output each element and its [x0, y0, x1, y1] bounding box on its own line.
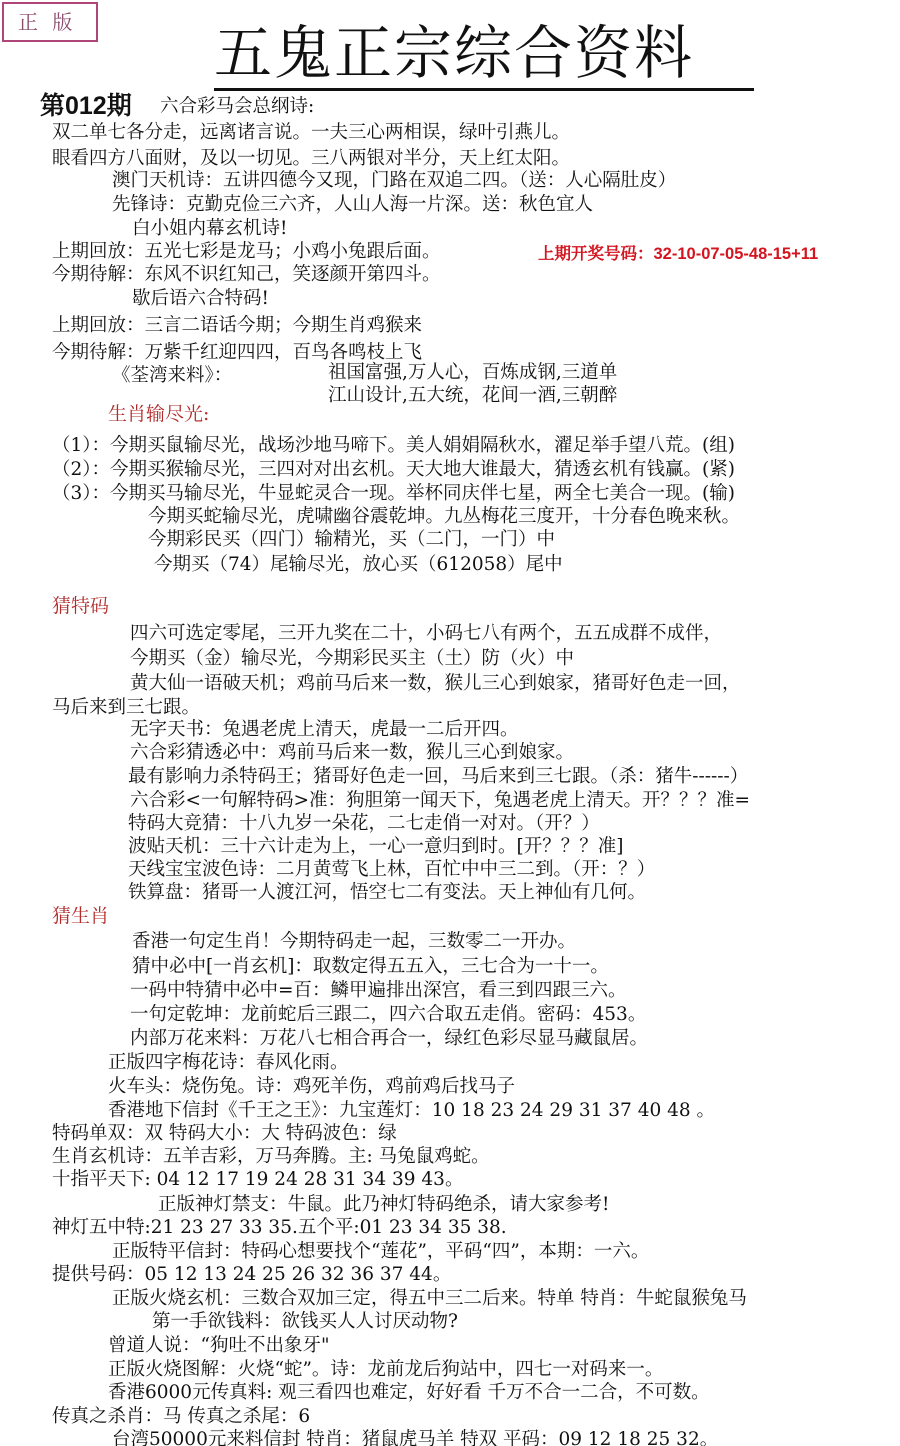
- text-line: 马后来到三七跟。: [52, 696, 200, 720]
- issue-number: 第012期: [40, 86, 132, 122]
- text-line: 香港一句定生肖！今期特码走一起，三数零二一开办。: [132, 930, 576, 954]
- authentic-stamp: 正 版: [2, 2, 98, 42]
- text-line: 黄大仙一语破天机；鸡前马后来一数，猴儿三心到娘家，猪哥好色走一回，: [130, 672, 741, 696]
- text-line: 生肖玄机诗：五羊吉彩，万马奔腾。主: 马兔鼠鸡蛇。: [52, 1145, 490, 1169]
- text-line: （2）：今期买猴输尽光，三四对对出玄机。天大地大谁最大，猜透玄机有钱赢。(紧): [52, 458, 735, 482]
- text-line: 猜中必中[一肖玄机]：取数定得五五入，三七合为一十一。: [132, 955, 609, 979]
- text-line: 先锋诗：克勤克俭三六齐，人山人海一片深。送：秋色宜人: [112, 193, 593, 217]
- text-line: 今期买（74）尾输尽光，放心买（612058）尾中: [154, 553, 563, 577]
- text-line: 今期买蛇输尽光，虎啸幽谷震乾坤。九丛梅花三度开，十分春色晚来秋。: [148, 505, 740, 529]
- text-line: 六合彩马会总纲诗:: [160, 95, 314, 119]
- text-line: 传真之杀肖：马 传真之杀尾：6: [52, 1405, 310, 1429]
- text-line: 铁算盘：猪哥一人渡江河，悟空七二有变法。天上神仙有几何。: [128, 881, 646, 905]
- text-line: 祖国富强,万人心，百炼成钢,三道单: [328, 361, 617, 385]
- text-line: 天线宝宝波色诗：二月黄莺飞上林，百忙中中三二到。（开：？）: [128, 858, 655, 882]
- text-line: 双二单七各分走，远离诸言说。一夫三心两相误，绿叶引燕儿。: [52, 121, 570, 145]
- section-heading: 猜特码: [52, 594, 109, 618]
- last-draw-numbers: 32-10-07-05-48-15+11: [654, 245, 819, 263]
- text-line: 特码单双：双 特码大小：大 特码波色：绿: [52, 1122, 397, 1146]
- text-line: （1）：今期买鼠输尽光，战场沙地马啼下。美人娟娟隔秋水，濯足举手望八荒。(组): [52, 434, 735, 458]
- text-line: 上期回放：五光七彩是龙马；小鸡小兔跟后面。: [52, 240, 441, 264]
- text-line: 正版火烧玄机：三数合双加三定，得五中三二后来。特单 特肖：牛蛇鼠猴兔马: [112, 1287, 747, 1311]
- text-line: 无字天书：兔遇老虎上清天，虎最一二后开四。: [130, 718, 519, 742]
- text-line: 火车头：烧伤兔。诗：鸡死羊伤，鸡前鸡后找马子: [108, 1075, 515, 1099]
- text-line: 白小姐内幕玄机诗!: [132, 217, 287, 241]
- text-line: 眼看四方八面财，及以一切见。三八两银对半分，天上红太阳。: [52, 147, 570, 171]
- text-line: 第一手欲钱料：欲钱买人人讨厌动物?: [152, 1310, 458, 1334]
- text-line: 六合彩<一句解特码>准：狗胆第一闻天下，兔遇老虎上清天。开？？？准=: [130, 789, 750, 813]
- text-line: 江山设计,五大统，花间一酒,三朝醉: [328, 384, 617, 408]
- text-line: 正版特平信封：特码心想要找个“莲花”，平码“四”，本期：一六。: [112, 1240, 649, 1264]
- text-line: 神灯五中特:21 23 27 33 35.五个平:01 23 34 35 38.: [52, 1216, 507, 1240]
- text-line: 香港地下信封《千王之王》：九宝莲灯：10 18 23 24 29 31 37 4…: [108, 1099, 715, 1123]
- text-line: 今期买（金）输尽光，今期彩民买主（土）防（火）中: [130, 647, 574, 671]
- text-line: 正版火烧图解：火烧“蛇”。诗：龙前龙后狗站中，四七一对码来一。: [108, 1358, 663, 1382]
- text-line: 歇后语六合特码!: [132, 287, 269, 311]
- text-line: 今期彩民买（四门）输精光，买（二门，一门）中: [148, 528, 555, 552]
- text-line: 澳门天机诗：五讲四德今又现，门路在双追二四。（送：人心隔肚皮）: [112, 169, 676, 193]
- section-heading: 猜生肖: [52, 904, 109, 928]
- text-line: 上期回放：三言二语话今期；今期生肖鸡猴来: [52, 314, 422, 338]
- last-draw-label: 上期开奖号码：: [538, 245, 654, 263]
- text-line: 曾道人说：“狗吐不出象牙": [108, 1334, 329, 1358]
- text-line: 一码中特猜中必中=百：鳞甲遍排出深宫，看三到四跟三六。: [130, 979, 627, 1003]
- section-heading: 生肖输尽光:: [108, 402, 209, 426]
- text-line: 一句定乾坤：龙前蛇后三跟二，四六合取五走俏。密码：453。: [130, 1003, 646, 1027]
- text-line: 提供号码：05 12 13 24 25 26 32 36 37 44。: [52, 1263, 451, 1287]
- text-line: 今期待解：东风不识红知己，笑逐颜开第四斗。: [52, 263, 441, 287]
- text-line: 波贴天机：三十六计走为上，一心一意归到时。[开？？？准]: [128, 835, 623, 859]
- text-line: 《荃湾来料》：: [112, 364, 232, 388]
- text-line: （3）：今期买马输尽光，牛显蛇灵合一现。举杯同庆伴七星，两全七美合一现。(输): [52, 482, 735, 506]
- text-line: 最有影响力杀特码王；猪哥好色走一回，马后来到三七跟。（杀：猪牛------）: [128, 765, 748, 789]
- page-title: 五鬼正宗综合资料: [214, 18, 754, 91]
- text-line: 台湾50000元来料信封 特肖：猪鼠虎马羊 特双 平码：09 12 18 25 …: [112, 1428, 718, 1446]
- text-line: 正版神灯禁支：牛鼠。此乃神灯特码绝杀，请大家参考!: [158, 1193, 609, 1217]
- text-line: 正版四字梅花诗：春风化雨。: [108, 1051, 349, 1075]
- text-line: 六合彩猜透必中：鸡前马后来一数，猴儿三心到娘家。: [130, 741, 574, 765]
- last-draw-result: 上期开奖号码：32-10-07-05-48-15+11: [538, 240, 818, 264]
- text-line: 四六可选定零尾，三开九奖在二十，小码七八有两个，五五成群不成伴，: [130, 622, 722, 646]
- text-line: 内部万花来料：万花八七相合再合一，绿红色彩尽显马藏鼠居。: [130, 1027, 648, 1051]
- text-line: 特码大竞猜：十八九岁一朵花，二七走俏一对对。（开？）: [128, 812, 600, 836]
- text-line: 香港6000元传真料: 观三看四也难定，好好看 千万不合一二合，不可数。: [108, 1381, 710, 1405]
- text-line: 十指平天下: 04 12 17 19 24 28 31 34 39 43。: [52, 1168, 463, 1192]
